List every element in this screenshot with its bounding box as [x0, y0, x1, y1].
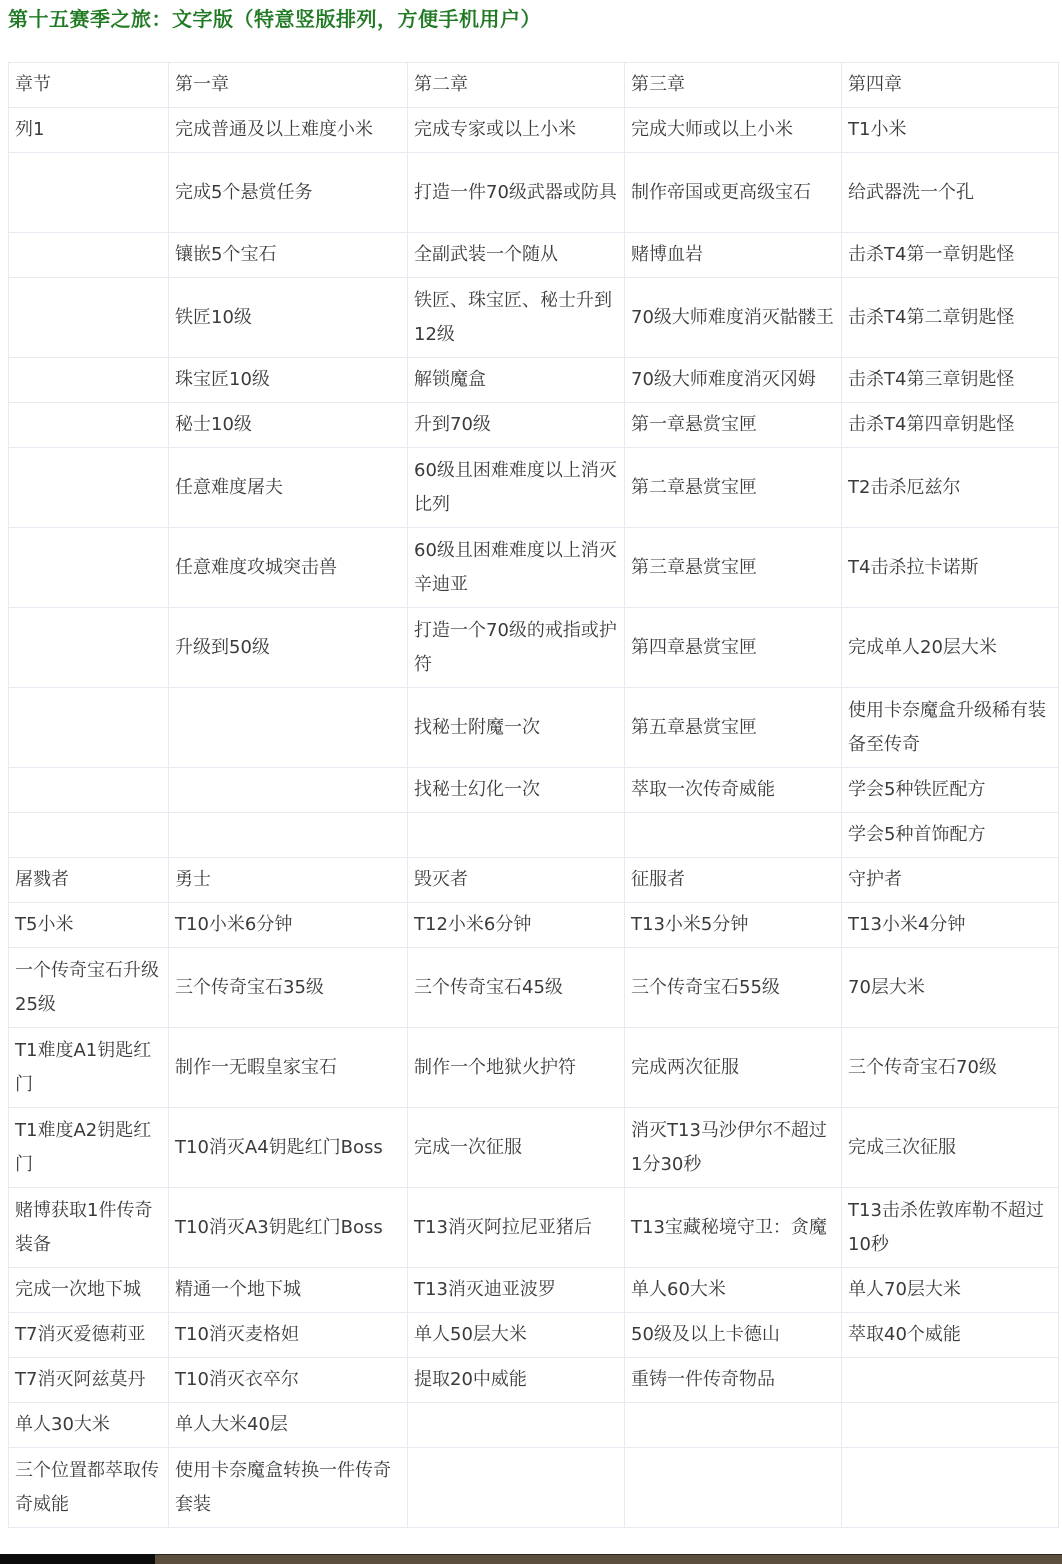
table-cell: 70层大米	[842, 948, 1059, 1028]
table-cell	[9, 448, 169, 528]
bottom-bar	[0, 1554, 1062, 1564]
table-cell: 制作一个地狱火护符	[408, 1028, 625, 1108]
table-row: T7消灭爱德莉亚 T10消灭麦格妲 单人50层大米 50级及以上卡德山 萃取40…	[9, 1313, 1059, 1358]
table-cell: 屠戮者	[9, 858, 169, 903]
table-cell: T12小米6分钟	[408, 903, 625, 948]
table-row: 任意难度攻城突击兽 60级且困难难度以上消灭辛迪亚 第三章悬赏宝匣 T4击杀拉卡…	[9, 528, 1059, 608]
table-cell: 解锁魔盒	[408, 358, 625, 403]
table-cell	[9, 688, 169, 768]
table-cell: 赌博血岩	[625, 233, 842, 278]
table-cell	[169, 768, 408, 813]
table-cell: T13小米5分钟	[625, 903, 842, 948]
table-cell: T2击杀厄兹尔	[842, 448, 1059, 528]
table-cell: 完成5个悬赏任务	[169, 153, 408, 233]
table-cell: 秘士10级	[169, 403, 408, 448]
table-row: T1难度A2钥匙红门 T10消灭A4钥匙红门Boss 完成一次征服 消灭T13马…	[9, 1108, 1059, 1188]
season-journey-table: 章节 第一章 第二章 第三章 第四章 列1 完成普通及以上难度小米 完成专家或以…	[8, 62, 1059, 1528]
table-cell: 打造一件70级武器或防具	[408, 153, 625, 233]
table-cell: 三个传奇宝石45级	[408, 948, 625, 1028]
page-title: 第十五赛季之旅：文字版（特意竖版排列，方便手机用户）	[8, 4, 541, 34]
table-cell: T13击杀佐敦库勒不超过10秒	[842, 1188, 1059, 1268]
table-cell: 击杀T4第二章钥匙怪	[842, 278, 1059, 358]
table-cell: 单人50层大米	[408, 1313, 625, 1358]
header-cell-chapter-2: 第二章	[408, 63, 625, 108]
table-row: 珠宝匠10级 解锁魔盒 70级大师难度消灭冈姆 击杀T4第三章钥匙怪	[9, 358, 1059, 403]
table-cell: T10消灭A3钥匙红门Boss	[169, 1188, 408, 1268]
table-cell: 铁匠、珠宝匠、秘士升到12级	[408, 278, 625, 358]
table-cell: 70级大师难度消灭冈姆	[625, 358, 842, 403]
table-cell: 毁灭者	[408, 858, 625, 903]
table-cell: 守护者	[842, 858, 1059, 903]
table-row: 找秘士幻化一次 萃取一次传奇威能 学会5种铁匠配方	[9, 768, 1059, 813]
table-cell	[842, 1358, 1059, 1403]
table-cell: 完成专家或以上小米	[408, 108, 625, 153]
table-row: 秘士10级 升到70级 第一章悬赏宝匣 击杀T4第四章钥匙怪	[9, 403, 1059, 448]
table-cell: 完成一次地下城	[9, 1268, 169, 1313]
table-cell: 找秘士附魔一次	[408, 688, 625, 768]
table-cell: 制作帝国或更高级宝石	[625, 153, 842, 233]
header-cell-chapter-1: 第一章	[169, 63, 408, 108]
table-cell: 萃取40个威能	[842, 1313, 1059, 1358]
table-cell: 第二章悬赏宝匣	[625, 448, 842, 528]
table-cell: 任意难度攻城突击兽	[169, 528, 408, 608]
table-cell: 消灭T13马沙伊尔不超过1分30秒	[625, 1108, 842, 1188]
table-cell: 精通一个地下城	[169, 1268, 408, 1313]
table-cell: T5小米	[9, 903, 169, 948]
table-cell: 征服者	[625, 858, 842, 903]
table-cell: 第五章悬赏宝匣	[625, 688, 842, 768]
table-cell: 完成一次征服	[408, 1108, 625, 1188]
table-cell: T1难度A1钥匙红门	[9, 1028, 169, 1108]
table-cell: 珠宝匠10级	[169, 358, 408, 403]
table-cell	[9, 358, 169, 403]
table-cell: 单人70层大米	[842, 1268, 1059, 1313]
table-cell	[169, 813, 408, 858]
table-cell	[625, 1448, 842, 1528]
table-cell: 60级且困难难度以上消灭比列	[408, 448, 625, 528]
table-cell	[9, 403, 169, 448]
table-row: 完成一次地下城 精通一个地下城 T13消灭迪亚波罗 单人60大米 单人70层大米	[9, 1268, 1059, 1313]
table-cell	[408, 1448, 625, 1528]
table-cell	[842, 1448, 1059, 1528]
table-cell: 勇士	[169, 858, 408, 903]
table-row: 完成5个悬赏任务 打造一件70级武器或防具 制作帝国或更高级宝石 给武器洗一个孔	[9, 153, 1059, 233]
table-cell	[408, 813, 625, 858]
table-row: 单人30大米 单人大米40层	[9, 1403, 1059, 1448]
table-cell: 制作一无暇皇家宝石	[169, 1028, 408, 1108]
table-cell: 第三章悬赏宝匣	[625, 528, 842, 608]
table-row: 学会5种首饰配方	[9, 813, 1059, 858]
table-cell: 全副武装一个随从	[408, 233, 625, 278]
table-cell: 完成大师或以上小米	[625, 108, 842, 153]
table-cell: 50级及以上卡德山	[625, 1313, 842, 1358]
table-cell: 70级大师难度消灭骷髅王	[625, 278, 842, 358]
header-cell-chapter: 章节	[9, 63, 169, 108]
table-cell: 三个位置都萃取传奇威能	[9, 1448, 169, 1528]
table-cell: 完成普通及以上难度小米	[169, 108, 408, 153]
table-cell: 升到70级	[408, 403, 625, 448]
bottom-bar-dark-segment	[0, 1554, 155, 1564]
table-row: 三个位置都萃取传奇威能 使用卡奈魔盒转换一件传奇套装	[9, 1448, 1059, 1528]
table-cell: T10消灭衣卒尔	[169, 1358, 408, 1403]
table-cell	[842, 1403, 1059, 1448]
table-cell: 打造一个70级的戒指或护符	[408, 608, 625, 688]
table-cell	[9, 278, 169, 358]
table-cell: 萃取一次传奇威能	[625, 768, 842, 813]
table-row: 找秘士附魔一次 第五章悬赏宝匣 使用卡奈魔盒升级稀有装备至传奇	[9, 688, 1059, 768]
table-cell: T13消灭阿拉尼亚猪后	[408, 1188, 625, 1268]
header-cell-chapter-4: 第四章	[842, 63, 1059, 108]
table-cell	[625, 813, 842, 858]
table-cell	[408, 1403, 625, 1448]
table-cell: T13消灭迪亚波罗	[408, 1268, 625, 1313]
table-cell: 找秘士幻化一次	[408, 768, 625, 813]
table-cell: 完成两次征服	[625, 1028, 842, 1108]
table-cell: 列1	[9, 108, 169, 153]
table-cell: T13小米4分钟	[842, 903, 1059, 948]
table-cell: 60级且困难难度以上消灭辛迪亚	[408, 528, 625, 608]
table-cell	[9, 528, 169, 608]
table-row: T5小米 T10小米6分钟 T12小米6分钟 T13小米5分钟 T13小米4分钟	[9, 903, 1059, 948]
table-cell	[9, 768, 169, 813]
table-cell: T4击杀拉卡诺斯	[842, 528, 1059, 608]
table-cell	[169, 688, 408, 768]
table-cell: 三个传奇宝石35级	[169, 948, 408, 1028]
bottom-bar-olive-segment	[155, 1554, 1062, 1564]
table-cell	[9, 608, 169, 688]
table-cell: 学会5种铁匠配方	[842, 768, 1059, 813]
table-row: 赌博获取1件传奇装备 T10消灭A3钥匙红门Boss T13消灭阿拉尼亚猪后 T…	[9, 1188, 1059, 1268]
table-cell: 单人60大米	[625, 1268, 842, 1313]
table-cell: T7消灭爱德莉亚	[9, 1313, 169, 1358]
table-cell: 使用卡奈魔盒转换一件传奇套装	[169, 1448, 408, 1528]
table-cell: 一个传奇宝石升级25级	[9, 948, 169, 1028]
table-cell: 完成单人20层大米	[842, 608, 1059, 688]
table-cell	[9, 813, 169, 858]
table-cell: 重铸一件传奇物品	[625, 1358, 842, 1403]
table-cell: 赌博获取1件传奇装备	[9, 1188, 169, 1268]
table-cell: 完成三次征服	[842, 1108, 1059, 1188]
table-row: 列1 完成普通及以上难度小米 完成专家或以上小米 完成大师或以上小米 T1小米	[9, 108, 1059, 153]
table-cell: 学会5种首饰配方	[842, 813, 1059, 858]
table-row: 镶嵌5个宝石 全副武装一个随从 赌博血岩 击杀T4第一章钥匙怪	[9, 233, 1059, 278]
table-cell	[625, 1403, 842, 1448]
table-cell: T7消灭阿兹莫丹	[9, 1358, 169, 1403]
table-cell: 提取20中威能	[408, 1358, 625, 1403]
table-cell: T1小米	[842, 108, 1059, 153]
table-cell	[9, 153, 169, 233]
table-row: 铁匠10级 铁匠、珠宝匠、秘士升到12级 70级大师难度消灭骷髅王 击杀T4第二…	[9, 278, 1059, 358]
table-cell: 击杀T4第一章钥匙怪	[842, 233, 1059, 278]
table-row-class-headers: 屠戮者 勇士 毁灭者 征服者 守护者	[9, 858, 1059, 903]
table-cell: T1难度A2钥匙红门	[9, 1108, 169, 1188]
table-cell: 任意难度屠夫	[169, 448, 408, 528]
table-cell: 击杀T4第三章钥匙怪	[842, 358, 1059, 403]
table-cell: 升级到50级	[169, 608, 408, 688]
table-row: 一个传奇宝石升级25级 三个传奇宝石35级 三个传奇宝石45级 三个传奇宝石55…	[9, 948, 1059, 1028]
table-cell: T10消灭麦格妲	[169, 1313, 408, 1358]
table-row: 任意难度屠夫 60级且困难难度以上消灭比列 第二章悬赏宝匣 T2击杀厄兹尔	[9, 448, 1059, 528]
table-cell: 第一章悬赏宝匣	[625, 403, 842, 448]
table-cell: 三个传奇宝石70级	[842, 1028, 1059, 1108]
table-cell: T10小米6分钟	[169, 903, 408, 948]
table-cell: 三个传奇宝石55级	[625, 948, 842, 1028]
table-row: 升级到50级 打造一个70级的戒指或护符 第四章悬赏宝匣 完成单人20层大米	[9, 608, 1059, 688]
table-cell: 第四章悬赏宝匣	[625, 608, 842, 688]
table-header-row: 章节 第一章 第二章 第三章 第四章	[9, 63, 1059, 108]
table-cell: 镶嵌5个宝石	[169, 233, 408, 278]
table-row: T7消灭阿兹莫丹 T10消灭衣卒尔 提取20中威能 重铸一件传奇物品	[9, 1358, 1059, 1403]
table-cell: 单人30大米	[9, 1403, 169, 1448]
table-row: T1难度A1钥匙红门 制作一无暇皇家宝石 制作一个地狱火护符 完成两次征服 三个…	[9, 1028, 1059, 1108]
table-cell: 铁匠10级	[169, 278, 408, 358]
table-cell: T13宝藏秘境守卫：贪魔	[625, 1188, 842, 1268]
header-cell-chapter-3: 第三章	[625, 63, 842, 108]
table-cell: 单人大米40层	[169, 1403, 408, 1448]
table-cell: 使用卡奈魔盒升级稀有装备至传奇	[842, 688, 1059, 768]
table-cell	[9, 233, 169, 278]
table-cell: T10消灭A4钥匙红门Boss	[169, 1108, 408, 1188]
table-cell: 击杀T4第四章钥匙怪	[842, 403, 1059, 448]
table-cell: 给武器洗一个孔	[842, 153, 1059, 233]
